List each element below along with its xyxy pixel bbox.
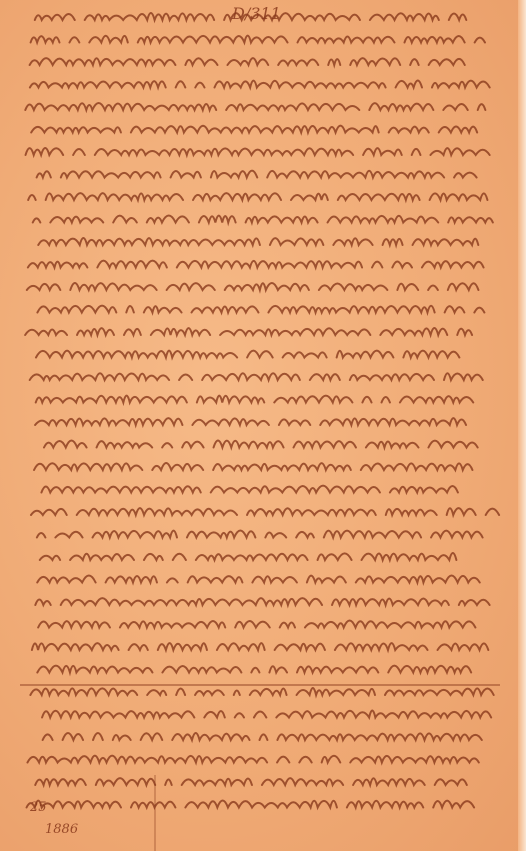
date-line-1: 25 [30, 800, 47, 815]
manuscript-page: D/311 25 1886 [0, 0, 526, 851]
top-annotation: D/311 [232, 4, 281, 23]
date-line-2: 1886 [45, 822, 78, 837]
handwriting-lines [0, 0, 526, 851]
